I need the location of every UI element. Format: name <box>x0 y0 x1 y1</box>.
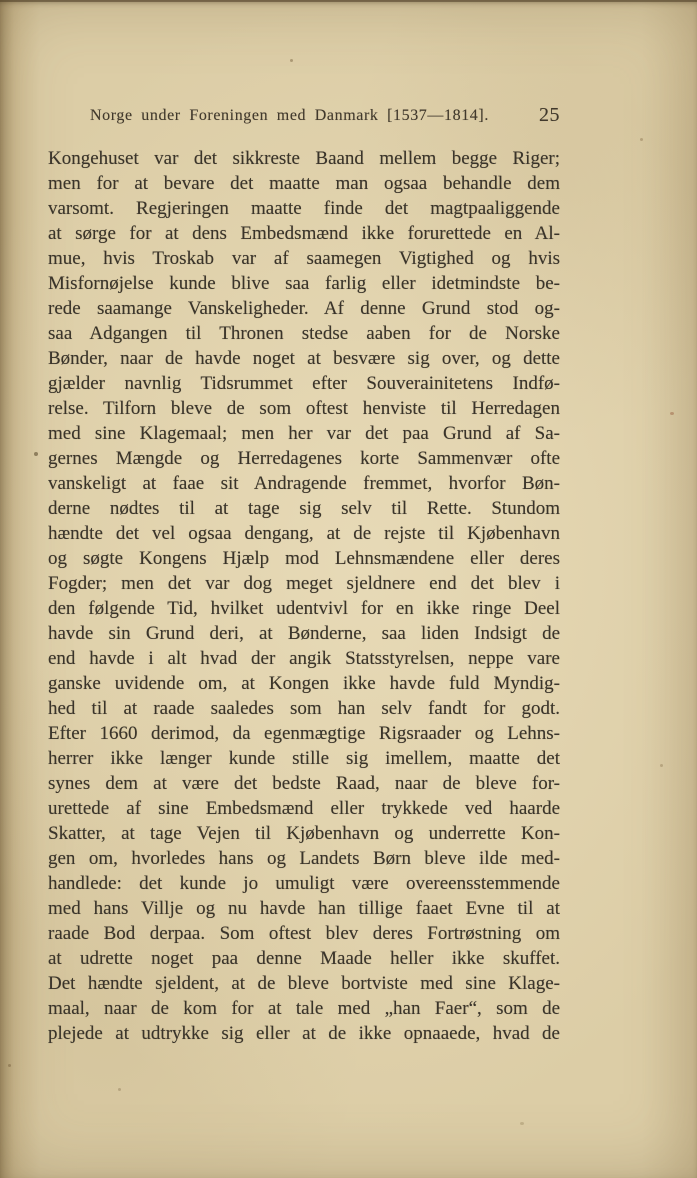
text-line: varsomt. Regjeringen maatte finde det ma… <box>48 196 560 221</box>
book-page: Norge under Foreningen med Danmark [1537… <box>0 0 697 1178</box>
text-line: saa Adgangen til Thronen stedse aaben fo… <box>48 321 560 346</box>
text-line: Kongehuset var det sikkreste Baand melle… <box>48 146 560 171</box>
text-line: gen om, hvorledes hans og Landets Børn b… <box>48 846 560 871</box>
text-line: rede saamange Vanskeligheder. Af denne G… <box>48 296 560 321</box>
text-line: herrer ikke længer kunde stille sig imel… <box>48 746 560 771</box>
text-line: relse. Tilforn bleve de som oftest henvi… <box>48 396 560 421</box>
text-line: Skatter, at tage Vejen til Kjøbenhavn og… <box>48 821 560 846</box>
running-header: Norge under Foreningen med Danmark [1537… <box>48 104 560 130</box>
text-line: handlede: det kunde jo umuligt være over… <box>48 871 560 896</box>
paper-speck <box>670 412 674 415</box>
paper-speck <box>520 1122 524 1125</box>
text-line: at udrette noget paa denne Maade heller … <box>48 946 560 971</box>
text-line: gernes Mængde og Herredagenes korte Samm… <box>48 446 560 471</box>
text-line: havde sin Grund deri, at Bønderne, saa l… <box>48 621 560 646</box>
paper-speck <box>8 1064 11 1067</box>
text-line: at sørge for at dens Embedsmænd ikke for… <box>48 221 560 246</box>
paper-speck <box>290 59 293 62</box>
text-line: med sine Klagemaal; men her var det paa … <box>48 421 560 446</box>
running-title: Norge under Foreningen med Danmark [1537… <box>90 107 489 125</box>
page-number: 25 <box>539 104 560 127</box>
text-line: Fogder; men det var dog meget sjeldnere … <box>48 571 560 596</box>
text-line: raade Bod derpaa. Som oftest blev deres … <box>48 921 560 946</box>
text-line: med hans Villje og nu havde han tillige … <box>48 896 560 921</box>
text-line: hændte det vel ogsaa dengang, at de rejs… <box>48 521 560 546</box>
text-line: Efter 1660 derimod, da egenmægtige Rigsr… <box>48 721 560 746</box>
paper-speck <box>640 138 643 141</box>
text-line: Det hændte sjeldent, at de bleve bortvis… <box>48 971 560 996</box>
text-line: Misfornøjelse kunde blive saa farlig ell… <box>48 271 560 296</box>
text-line: vanskeligt at faae sit Andragende fremme… <box>48 471 560 496</box>
text-line: urettede af sine Embedsmænd eller trykke… <box>48 796 560 821</box>
text-line: og søgte Kongens Hjælp mod Lehnsmændene … <box>48 546 560 571</box>
paper-speck <box>660 764 663 767</box>
text-line: den følgende Tid, hvilket udentvivl for … <box>48 596 560 621</box>
text-line: end havde i alt hvad der angik Statsstyr… <box>48 646 560 671</box>
paper-speck <box>34 452 38 456</box>
text-line: derne nødtes til at tage sig selv til Re… <box>48 496 560 521</box>
text-line: synes dem at være det bedste Raad, naar … <box>48 771 560 796</box>
paper-speck <box>118 1088 121 1091</box>
text-line: maal, naar de kom for at tale med „han F… <box>48 996 560 1021</box>
text-line: plejede at udtrykke sig eller at de ikke… <box>48 1021 560 1046</box>
text-line: Bønder, naar de havde noget at besvære s… <box>48 346 560 371</box>
text-line: mue, hvis Troskab var af saamegen Vigtig… <box>48 246 560 271</box>
text-block: Kongehuset var det sikkreste Baand melle… <box>48 146 560 1046</box>
text-line: hed til at raade saaledes som han selv f… <box>48 696 560 721</box>
text-line: men for at bevare det maatte man ogsaa b… <box>48 171 560 196</box>
text-line: gjælder navnlig Tidsrummet efter Souvera… <box>48 371 560 396</box>
text-line: ganske uvidende om, at Kongen ikke havde… <box>48 671 560 696</box>
